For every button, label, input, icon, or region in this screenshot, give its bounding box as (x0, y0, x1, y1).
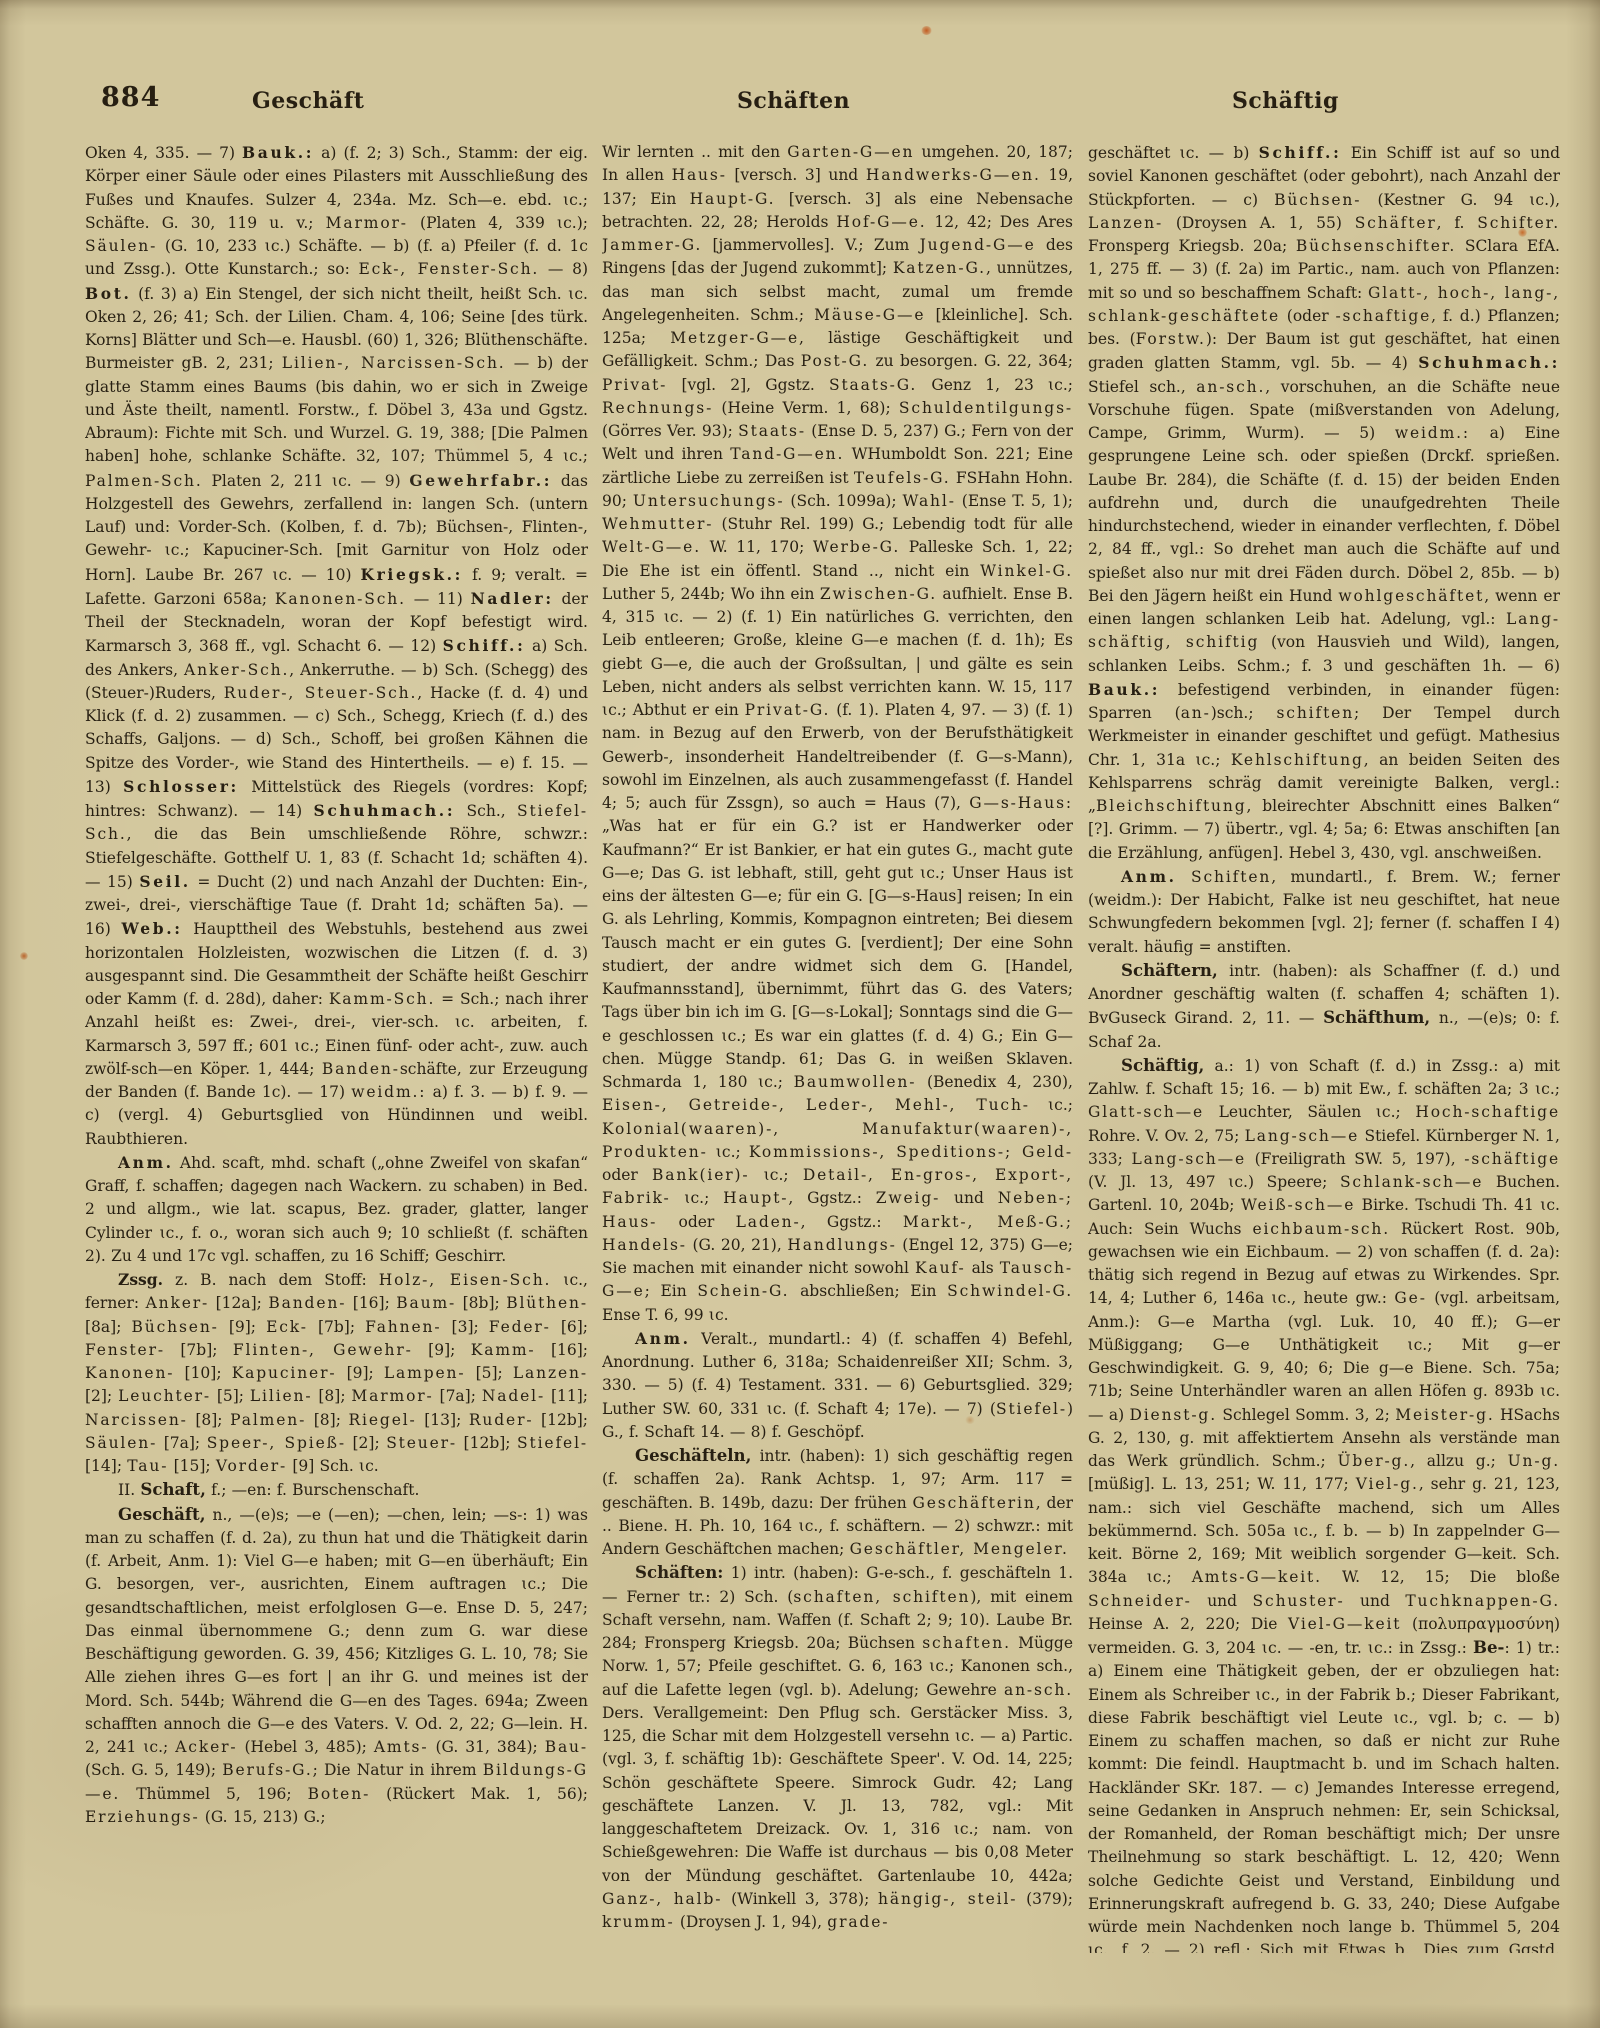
text-column-3: geschäftet ɩc. — b) Schiff.: Ein Schiff … (1088, 141, 1560, 1953)
emphasized-term: Geschäfterin (913, 1494, 1036, 1512)
emphasized-term: Kanonen- (85, 1364, 174, 1382)
emphasized-term: Anker- (146, 1294, 210, 1312)
emphasized-term: Seil. (139, 872, 190, 891)
emphasized-term: Berufs-G. (222, 1761, 312, 1779)
emphasized-term: Nadel- (482, 1387, 545, 1405)
emphasized-term: Ganz-, halb- (602, 1890, 722, 1908)
emphasized-term: Blüthen- (506, 1294, 588, 1312)
emphasized-term: Lampen- (384, 1364, 466, 1382)
emphasized-term: Haus- (672, 166, 727, 184)
emphasized-term: Werbe-G. (813, 538, 900, 556)
emphasized-term: Tuchknappen-G. (1405, 1592, 1560, 1610)
emphasized-term: eichbaum-sch. (1252, 1220, 1390, 1238)
emphasized-term: Anm. (1121, 867, 1177, 886)
emphasized-term: Fenster- (85, 1341, 165, 1359)
emphasized-term: weidm.: (1395, 424, 1470, 442)
paragraph: Geschäfteln, intr. (haben): 1) sich gesc… (602, 1444, 1073, 1561)
emphasized-term: Viel-G—keit (1288, 1615, 1401, 1633)
emphasized-term: Flinten-, Gewehr- (233, 1341, 413, 1359)
emphasized-term: Handlungs- (787, 1236, 896, 1254)
emphasized-term: weidm.: (351, 1083, 426, 1101)
emphasized-term: Schiften (1191, 868, 1271, 886)
emphasized-term: Hoch-schaftige (1415, 1103, 1560, 1121)
emphasized-term: Metzger-G—e (670, 329, 799, 347)
headword: Schäftig, (1121, 1055, 1204, 1075)
emphasized-term: Weiß-sch—e (1241, 1196, 1355, 1214)
emphasized-term: Hof-G—e. (836, 213, 926, 231)
emphasized-term: Schuhmach.: (1418, 353, 1560, 372)
emphasized-term: an-sch. (1196, 378, 1265, 396)
emphasized-term: Ge- (1394, 1289, 1426, 1307)
emphasized-term: an- (1181, 704, 1211, 722)
emphasized-term: Eck-, Fenster-Sch. (359, 260, 540, 278)
emphasized-term: Anm. (118, 1153, 174, 1172)
emphasized-term: Jugend-G—e (920, 236, 1036, 254)
emphasized-term: grade- (827, 1913, 889, 1931)
emphasized-term: Kapuciner- (232, 1364, 337, 1382)
emphasized-term: Erziehungs- (85, 1808, 200, 1826)
emphasized-term: Riegel- (349, 1411, 417, 1429)
emphasized-term: Forstw. (1136, 330, 1206, 348)
emphasized-term: Leuchter- (118, 1387, 211, 1405)
emphasized-term: Mäuse-G—e (814, 306, 925, 324)
paragraph: Anm. Veralt., mundartl.: 4) (f. schaffen… (602, 1327, 1073, 1444)
paragraph: Geschäft, n., —(e)s; —e (—en); —chen, le… (85, 1503, 588, 1830)
emphasized-term: Holz-, Eisen-Sch. (379, 1271, 552, 1289)
text-column-1: Oken 4, 335. — 7) Bauk.: a) (f. 2; 3) Sc… (85, 141, 588, 1953)
paragraph: Schäftig, a.: 1) von Schaft (f. d.) in Z… (1088, 1054, 1560, 1953)
emphasized-term: Untersuchungs- (633, 492, 785, 510)
emphasized-term: Rechnungs- (602, 399, 713, 417)
emphasized-term: Eck- (266, 1318, 308, 1336)
emphasized-term: Amts- (374, 1738, 429, 1756)
emphasized-term: Marmor- (351, 1387, 433, 1405)
emphasized-term: Tau- (127, 1457, 168, 1475)
emphasized-term: Tand-G—en. (730, 445, 844, 463)
page-number: 884 (101, 82, 160, 113)
emphasized-term: Feder- (489, 1318, 551, 1336)
running-head-right: Schäftig (1232, 88, 1339, 114)
emphasized-term: schiften (1276, 704, 1354, 722)
emphasized-term: Bauk.: (242, 143, 314, 162)
emphasized-term: an-sch. (1004, 1681, 1073, 1699)
emphasized-term: Über-g. (1337, 1452, 1410, 1470)
emphasized-term: Lang-schäftig, schiftig (1088, 610, 1560, 651)
emphasized-term: Nadler: (471, 589, 554, 608)
emphasized-term: Schlank-sch—e (1340, 1173, 1483, 1191)
emphasized-term: Meister-g. (1395, 1406, 1494, 1424)
emphasized-term: wohlgeschäftet (1338, 587, 1484, 605)
paragraph: geschäftet ɩc. — b) Schiff.: Ein Schiff … (1088, 141, 1560, 865)
emphasized-term: Glatt-, hoch-, lang-, schlank-geschäftet… (1088, 284, 1560, 325)
emphasized-term: krumm- (602, 1913, 675, 1931)
emphasized-term: Boten- (308, 1785, 371, 1803)
emphasized-term: G—s-Haus: (969, 794, 1073, 812)
headword: Schaft, (140, 1479, 205, 1499)
emphasized-term: Schuster- (1253, 1592, 1345, 1610)
emphasized-term: Bot. (85, 284, 132, 303)
emphasized-term: Schlosser: (123, 777, 239, 796)
paper-stain (20, 952, 28, 960)
emphasized-term: Viel-g. (1356, 1475, 1419, 1493)
emphasized-term: Schuhmach.: (313, 801, 455, 820)
emphasized-term: Lilien-, Narcissen-Sch. (282, 354, 506, 372)
emphasized-term: Stiefel- (517, 1434, 588, 1452)
emphasized-term: Säulen- (85, 1434, 157, 1452)
emphasized-term: Büchsen- (132, 1318, 219, 1336)
emphasized-term: Lanzen- (513, 1364, 588, 1382)
emphasized-term: Bank(ier)- (652, 1166, 749, 1184)
emphasized-term: Lang-sch—e (1245, 1127, 1360, 1145)
emphasized-term: Dienst-g. (1129, 1406, 1217, 1424)
paragraph: Wir lernten .. mit den Garten-G—en umgeh… (602, 141, 1073, 1327)
emphasized-term: Katzen-G. (893, 259, 986, 277)
paragraph: Zssg. z. B. nach dem Stoff: Holz-, Eisen… (85, 1268, 588, 1478)
emphasized-term: -schäftige (1464, 1150, 1560, 1168)
emphasized-term: Bleichschiftung (1096, 797, 1246, 815)
emphasized-term: Ruder-, Steuer-Sch. (224, 684, 418, 702)
headword: Schäftern, (1121, 960, 1218, 980)
emphasized-term: Anm. (635, 1329, 691, 1348)
headword: Schäfthum, (1323, 1007, 1430, 1027)
paragraph: Oken 4, 335. — 7) Bauk.: a) (f. 2; 3) Sc… (85, 141, 588, 1151)
emphasized-term: Kanonen-Sch. (275, 590, 406, 608)
emphasized-term: Staats-G. (829, 376, 917, 394)
emphasized-term: Schiff.: (443, 636, 526, 655)
emphasized-term: Baum- (396, 1294, 456, 1312)
emphasized-term: Fahnen- (365, 1318, 441, 1336)
emphasized-term: Acker- (175, 1738, 237, 1756)
emphasized-term: Privat- (602, 376, 667, 394)
emphasized-term: Kommissions-, Speditions-; Geld- (749, 1143, 1073, 1161)
headword: Geschäfteln, (635, 1445, 751, 1465)
emphasized-term: Säulen- (85, 237, 157, 255)
headword: Be- (1473, 1637, 1504, 1657)
headword: Geschäft, (118, 1504, 206, 1524)
paragraph: Anm. Ahd. scaft, mhd. schaft („ohne Zwei… (85, 1151, 588, 1268)
emphasized-term: Geschäftler, Mengeler. (850, 1540, 1069, 1558)
emphasized-term: schaften. (922, 1634, 1011, 1652)
paragraph: Anm. Schiften, mundartl., f. Brem. W.; f… (1088, 865, 1560, 959)
emphasized-term: Speer-, Spieß- (207, 1434, 346, 1452)
emphasized-term: Teufels-G. (854, 469, 951, 487)
emphasized-term: Marmor- (326, 214, 408, 232)
emphasized-term: Bau- (545, 1738, 588, 1756)
emphasized-term: Zweig- (876, 1189, 941, 1207)
emphasized-term: Kehlschiftung (1231, 751, 1364, 769)
emphasized-term: Haupt-G. (690, 190, 776, 208)
emphasized-term: Narcissen- (85, 1411, 188, 1429)
emphasized-term: Garten-G—en (787, 143, 914, 161)
emphasized-term: Steuer- (386, 1434, 457, 1452)
emphasized-term: Wehmutter- (602, 515, 713, 533)
emphasized-term: Schein-G. (697, 1282, 789, 1300)
emphasized-term: Eisen-, Getreide-, Leder-, Mehl-, Tuch- (602, 1096, 1030, 1114)
emphasized-term: Lang-sch—e (1131, 1150, 1246, 1168)
emphasized-term: Lilien- (250, 1387, 313, 1405)
paper-stain (921, 26, 932, 35)
dictionary-page: 884 Geschäft Schäften Schäftig Oken 4, 3… (0, 0, 1600, 2028)
emphasized-term: Ruder- (469, 1411, 534, 1429)
emphasized-term: Lanzen- (1088, 214, 1163, 232)
emphasized-term: Banden- (322, 1060, 400, 1078)
emphasized-term: Vorder- (216, 1457, 287, 1475)
emphasized-term: Palmen- (230, 1411, 306, 1429)
text-column-2: Wir lernten .. mit den Garten-G—en umgeh… (602, 141, 1073, 1953)
paragraph: Schäften: 1) intr. (haben): G-e-sch., f.… (602, 1561, 1073, 1934)
emphasized-term: Anker-Sch. (184, 661, 289, 679)
emphasized-term: Winkel-G. (980, 562, 1073, 580)
emphasized-term: Kriegsk.: (361, 565, 464, 584)
emphasized-term: Büchsen- (1274, 191, 1361, 209)
emphasized-term: Amts-G—keit. (1192, 1568, 1322, 1586)
headword: Schäften: (635, 1562, 723, 1582)
emphasized-term: Jammer-G. (602, 236, 702, 254)
emphasized-term: Schäfter (1355, 214, 1437, 232)
emphasized-term: Schwindel-G. (947, 1282, 1073, 1300)
emphasized-term: Web.: (121, 919, 182, 938)
emphasized-term: hängig-, steil- (878, 1890, 1017, 1908)
emphasized-term: schaften, schiften (793, 1588, 970, 1606)
emphasized-term: Welt-G—e. (602, 538, 701, 556)
emphasized-term: Schneider- (1088, 1592, 1192, 1610)
emphasized-term: Zssg. (118, 1270, 163, 1289)
emphasized-term: Gewehrfabr.: (409, 471, 552, 490)
emphasized-term: Glatt-sch—e (1088, 1103, 1204, 1121)
emphasized-term: Haupt- (723, 1189, 788, 1207)
emphasized-term: Büchsenschifter. (1296, 237, 1456, 255)
paragraph: II. Schaft, f.; —en: f. Burschenschaft. (85, 1478, 588, 1502)
emphasized-term: -schaftige (1335, 307, 1431, 325)
emphasized-term: Palmen-Sch. (85, 472, 203, 490)
running-head-left: Geschäft (252, 88, 364, 114)
emphasized-term: Wahl- (903, 492, 956, 510)
emphasized-term: Privat-G. (745, 701, 831, 719)
running-head-center: Schäften (737, 88, 850, 114)
emphasized-term: Handwerks-G—en. (866, 166, 1041, 184)
paragraph: Schäftern, intr. (haben): als Schaffner … (1088, 959, 1560, 1054)
emphasized-term: Un-g. (1508, 1452, 1560, 1470)
emphasized-term: Zwischen-G. (820, 585, 937, 603)
emphasized-term: Schiff.: (1259, 143, 1342, 162)
emphasized-term: Banden- (268, 1294, 346, 1312)
emphasized-term: Stiefel- (996, 1400, 1067, 1418)
emphasized-term: Post-G. (801, 352, 869, 370)
emphasized-term: Schuldentilgungs- (899, 399, 1073, 417)
emphasized-term: Staats- (738, 422, 806, 440)
emphasized-term: Kamm- (471, 1341, 536, 1359)
emphasized-term: Bauk.: (1088, 680, 1160, 699)
emphasized-term: Kamm-Sch. (329, 990, 435, 1008)
emphasized-term: Baumwollen- (794, 1073, 917, 1091)
emphasized-term: Schifter. (1477, 214, 1560, 232)
emphasized-term: Kauf- (915, 1259, 966, 1277)
emphasized-term: Laden- (736, 1213, 801, 1231)
